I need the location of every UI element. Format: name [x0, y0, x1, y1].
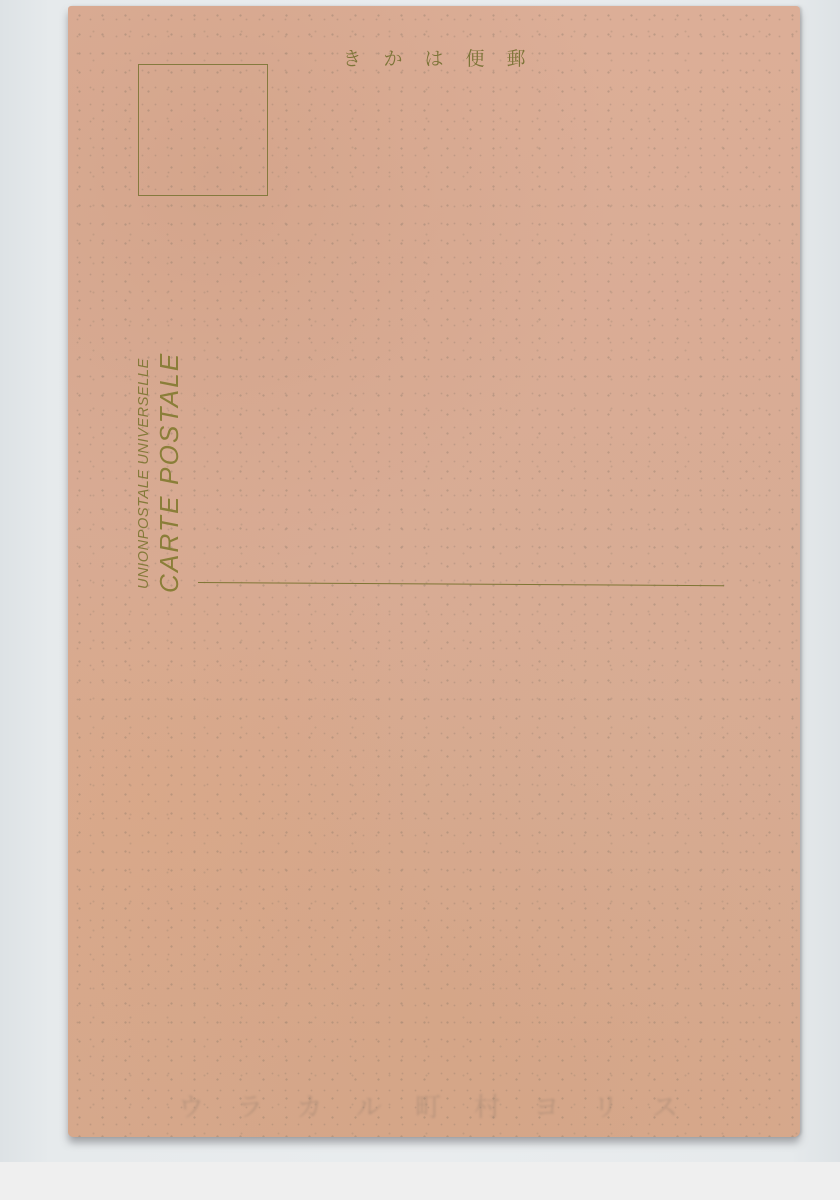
show-through-mark: 村 [474, 1087, 500, 1124]
header-char: 郵 [507, 48, 548, 70]
divider-line [198, 582, 724, 586]
show-through-mark: 町 [415, 1087, 441, 1124]
stamp-box [138, 64, 268, 196]
show-through-mark: ラ [237, 1087, 263, 1124]
show-through-mark: ヨ [533, 1087, 559, 1124]
show-through-mark: カ [296, 1087, 322, 1124]
page-bottom-strip [0, 1162, 840, 1200]
union-postale-text: UNIONPOSTALE UNIVERSELLE [134, 269, 154, 589]
show-through-text: ウ ラ カ ル 町 村 ヨ リ ス [178, 1088, 678, 1122]
carte-postale-text: CARTE POSTALE [152, 273, 186, 593]
show-through-mark: ル [356, 1087, 382, 1124]
postcard: きかは便郵 UNIONPOSTALE UNIVERSELLE CARTE POS… [68, 6, 800, 1137]
show-through-mark: ウ [178, 1087, 204, 1124]
header-char: か [383, 48, 424, 70]
show-through-mark: ス [652, 1087, 678, 1124]
show-through-mark: リ [593, 1087, 619, 1124]
header-char: 便 [466, 48, 507, 70]
vertical-text-block: UNIONPOSTALE UNIVERSELLE CARTE POSTALE [126, 271, 186, 591]
header-char: き [342, 48, 383, 70]
header-char: は [424, 48, 465, 70]
